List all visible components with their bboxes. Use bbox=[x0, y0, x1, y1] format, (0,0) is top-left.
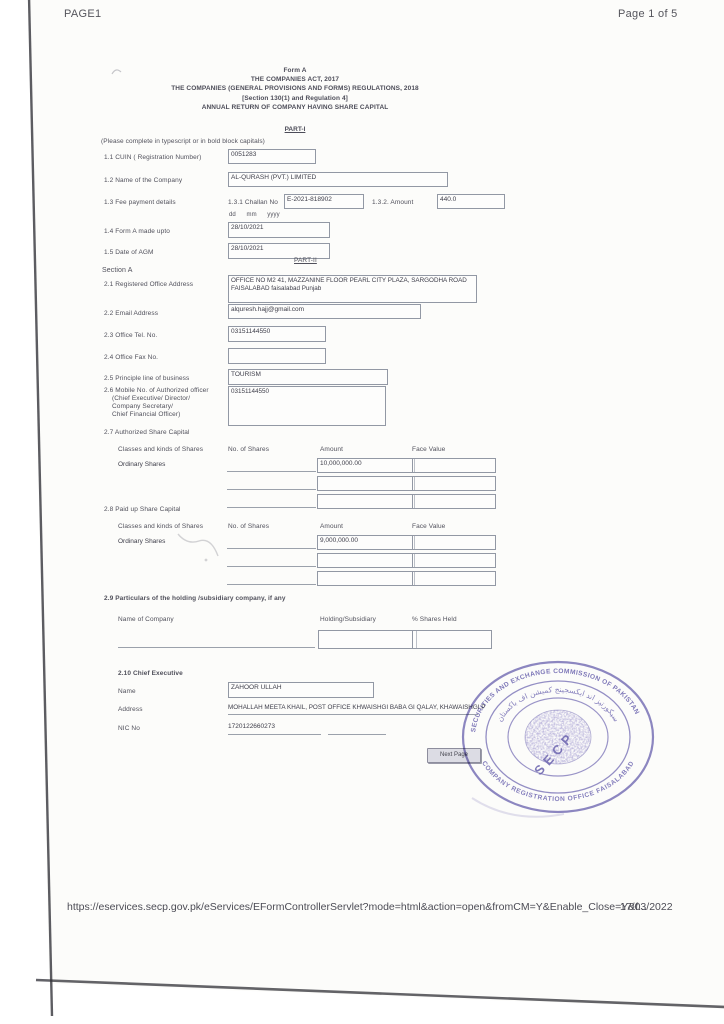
footer-date: 17/03/2022 bbox=[620, 901, 673, 913]
footer-url: https://eservices.secp.gov.pk/eServices/… bbox=[67, 901, 647, 913]
col-face-value: Face Value bbox=[412, 446, 445, 453]
auth-row2-face[interactable] bbox=[412, 476, 496, 491]
col-classes: Classes and kinds of Shares bbox=[118, 446, 203, 453]
col-shares-2: No. of Shares bbox=[228, 523, 269, 530]
scan-bottom-margin bbox=[37, 983, 724, 1024]
holding-percent-field[interactable] bbox=[412, 630, 492, 649]
act-title: THE COMPANIES ACT, 2017 bbox=[95, 75, 495, 84]
office-tel-label: 2.3 Office Tel. No. bbox=[104, 332, 157, 339]
regulations-title: THE COMPANIES (GENERAL PROVISIONS AND FO… bbox=[95, 84, 495, 93]
col-amount: Amount bbox=[320, 446, 343, 453]
return-title: ANNUAL RETURN OF COMPANY HAVING SHARE CA… bbox=[95, 103, 495, 112]
auth-row3-amount[interactable] bbox=[317, 494, 415, 509]
col-holding-subsidiary: Holding/Subsidiary bbox=[320, 616, 376, 623]
col-classes-2: Classes and kinds of Shares bbox=[118, 523, 203, 530]
mobile-officer-field[interactable]: 03151144550 bbox=[228, 386, 386, 426]
line-of-business-field[interactable]: TOURISM bbox=[228, 369, 388, 385]
col-face-value-2: Face Value bbox=[412, 523, 445, 530]
line-of-business-label: 2.5 Principle line of business bbox=[104, 375, 189, 382]
date-format-header: dd mm yyyy bbox=[229, 212, 280, 218]
paid-row2-face[interactable] bbox=[412, 553, 496, 568]
email-label: 2.2 Email Address bbox=[104, 310, 158, 317]
paid-row1-shares-line[interactable] bbox=[227, 548, 316, 549]
fee-amount-field[interactable]: 440.0 bbox=[437, 194, 505, 209]
registered-office-field[interactable]: OFFICE NO M2 41, MAZZANINE FLOOR PEARL C… bbox=[228, 275, 477, 303]
auth-row3-shares-line[interactable] bbox=[227, 507, 316, 508]
auth-row1-face[interactable] bbox=[412, 458, 496, 473]
ce-nic-line[interactable] bbox=[228, 734, 321, 735]
stamp-outer-text-bottom: COMPANY REGISTRATION OFFICE FAISALABAD bbox=[480, 760, 636, 803]
paid-row2-amount[interactable] bbox=[317, 553, 415, 568]
cuin-field[interactable]: 0051283 bbox=[228, 149, 316, 164]
agm-date-label: 1.5 Date of AGM bbox=[104, 249, 154, 256]
ce-name-label: Name bbox=[118, 688, 136, 695]
auth-row3-face[interactable] bbox=[412, 494, 496, 509]
holding-company-label: 2.9 Particulars of the holding /subsidia… bbox=[104, 595, 286, 602]
col-name-of-company: Name of Company bbox=[118, 616, 174, 623]
office-fax-field[interactable] bbox=[228, 348, 326, 364]
paid-row2-shares-line[interactable] bbox=[227, 566, 316, 567]
mobile-officer-label: 2.6 Mobile No. of Authorized officer (Ch… bbox=[104, 387, 209, 419]
auth-row1-kind: Ordinary Shares bbox=[118, 461, 165, 468]
secp-stamp: SECURITIES AND EXCHANGE COMMISSION OF PA… bbox=[452, 648, 667, 828]
ce-nic-label: NIC No bbox=[118, 725, 140, 732]
company-name-field[interactable]: AL-QURASH (PVT.) LIMITED bbox=[228, 172, 448, 187]
ce-nic-line-2[interactable] bbox=[328, 734, 386, 735]
typescript-note: (Please complete in typescript or in bol… bbox=[101, 138, 265, 145]
paidup-capital-label: 2.8 Paid up Share Capital bbox=[104, 506, 181, 513]
scan-bottom-edge bbox=[36, 980, 724, 1007]
part2-heading: PART-II bbox=[294, 257, 317, 264]
col-shares: No. of Shares bbox=[228, 446, 269, 453]
page-number: Page 1 of 5 bbox=[618, 8, 678, 20]
scan-dot bbox=[205, 559, 208, 562]
holding-type-field[interactable] bbox=[318, 630, 417, 649]
section-a-heading: Section A bbox=[102, 267, 132, 274]
cuin-label: 1.1 CUIN ( Registration Number) bbox=[104, 154, 201, 161]
chief-executive-label: 2.10 Chief Executive bbox=[118, 670, 183, 677]
ce-address-value: MOHALLAH MEETA KHAIL, POST OFFICE KHWAIS… bbox=[228, 704, 485, 711]
form-a-upto-field[interactable]: 28/10/2021 bbox=[228, 222, 330, 238]
amount-label: 1.3.2. Amount bbox=[372, 199, 413, 206]
part1-heading: PART-I bbox=[285, 126, 306, 133]
office-fax-label: 2.4 Office Fax No. bbox=[104, 354, 158, 361]
company-name-label: 1.2 Name of the Company bbox=[104, 177, 182, 184]
page-label: PAGE1 bbox=[64, 8, 101, 20]
section-reference: [Section 130(1) and Regulation 4] bbox=[95, 94, 495, 103]
part1-wrap: PART-I bbox=[95, 118, 495, 136]
form-heading: Form A THE COMPANIES ACT, 2017 THE COMPA… bbox=[95, 66, 495, 112]
scanned-form-page: PAGE1 Page 1 of 5 Form A THE COMPANIES A… bbox=[0, 0, 724, 1024]
challan-no-label: 1.3.1 Challan No bbox=[228, 199, 278, 206]
scan-left-edge bbox=[29, 0, 52, 1016]
email-field[interactable]: alquresh.hajj@gmail.com bbox=[228, 304, 421, 319]
office-tel-field[interactable]: 03151144550 bbox=[228, 326, 326, 342]
auth-row1-shares-line[interactable] bbox=[227, 471, 316, 472]
auth-row2-shares-line[interactable] bbox=[227, 489, 316, 490]
registered-office-label: 2.1 Registered Office Address bbox=[104, 281, 193, 288]
ce-nic-value: 1720122660273 bbox=[228, 723, 275, 730]
scan-left-margin bbox=[0, 0, 50, 1024]
authorized-capital-label: 2.7 Authorized Share Capital bbox=[104, 429, 190, 436]
paid-row1-kind: Ordinary Shares bbox=[118, 538, 165, 545]
ce-address-line[interactable] bbox=[228, 714, 478, 715]
paid-row1-face[interactable] bbox=[412, 535, 496, 550]
paid-row1-amount[interactable]: 9,000,000.00 bbox=[317, 535, 415, 550]
auth-row1-amount[interactable]: 10,000,000.00 bbox=[317, 458, 415, 473]
form-a-upto-label: 1.4 Form A made upto bbox=[104, 228, 170, 235]
paid-row3-face[interactable] bbox=[412, 571, 496, 586]
paid-row3-amount[interactable] bbox=[317, 571, 415, 586]
paid-row3-shares-line[interactable] bbox=[227, 584, 316, 585]
ce-address-label: Address bbox=[118, 706, 143, 713]
scan-smudge bbox=[178, 534, 218, 556]
col-amount-2: Amount bbox=[320, 523, 343, 530]
auth-row2-amount[interactable] bbox=[317, 476, 415, 491]
form-title: Form A bbox=[95, 66, 495, 75]
challan-no-field[interactable]: E-2021-818902 bbox=[284, 194, 364, 209]
holding-name-line[interactable] bbox=[118, 647, 315, 648]
fee-payment-label: 1.3 Fee payment details bbox=[104, 199, 176, 206]
ce-name-field[interactable]: ZAHOOR ULLAH bbox=[228, 682, 374, 698]
col-shares-held: % Shares Held bbox=[412, 616, 457, 623]
